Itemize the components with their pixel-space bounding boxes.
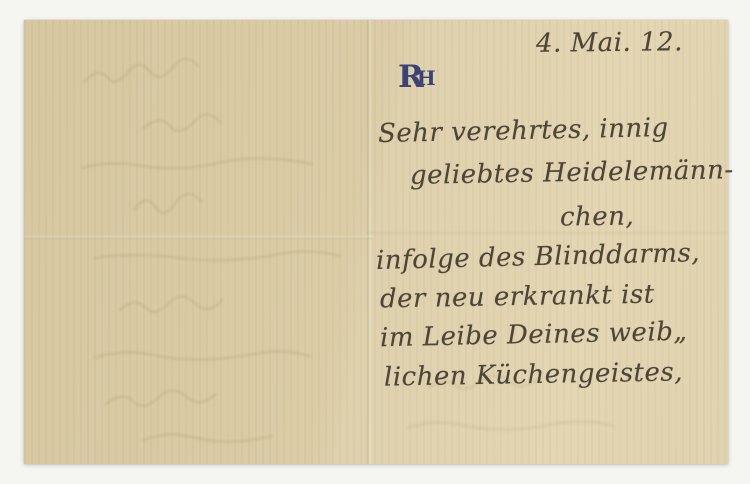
handwriting-line: geliebtes Heidelemänn- xyxy=(410,155,734,191)
letter-paper: RH 4. Mai. 12. Sehr verehrtes, innig gel… xyxy=(24,20,728,464)
bleedthrough-writing-icon xyxy=(24,20,368,464)
horizontal-crease xyxy=(24,236,374,239)
horizontal-crease xyxy=(366,232,728,234)
handwriting-line: Sehr verehrtes, innig xyxy=(378,113,669,149)
handwriting-line: infolge des Blinddarms, xyxy=(376,238,701,276)
scanned-letter-background: RH 4. Mai. 12. Sehr verehrtes, innig gel… xyxy=(0,0,750,484)
monogram-letter-h: H xyxy=(417,66,436,90)
handwriting-line: der neu erkrankt ist xyxy=(380,280,655,315)
handwriting-line: lichen Küchengeistes, xyxy=(384,357,683,392)
handwriting-line: chen, xyxy=(560,201,635,232)
monogram-rh: RH xyxy=(398,62,436,93)
letter-date: 4. Mai. 12. xyxy=(536,27,683,59)
handwriting-line: im Leibe Deines weib„ xyxy=(380,317,688,353)
fold-line xyxy=(366,20,372,464)
